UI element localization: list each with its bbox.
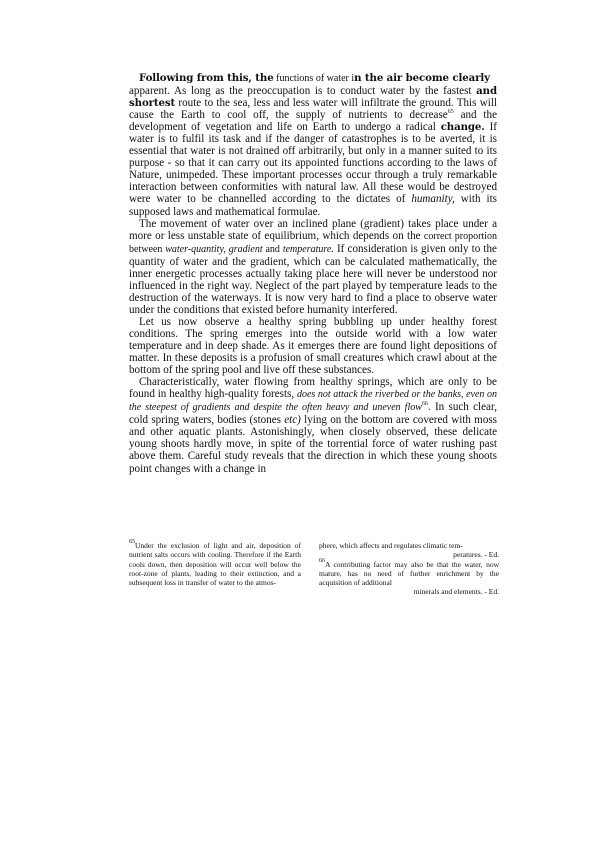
footnotes: 65Under the exclusion of light and air, … xyxy=(129,541,499,597)
bold-phrase: Following from this, the xyxy=(139,72,274,84)
italic-phrase: temperature. xyxy=(283,244,334,255)
body-text: Following from this, the functions of wa… xyxy=(129,72,497,475)
bold-phrase: n the air become clearly xyxy=(354,72,490,84)
italic-phrase: etc) xyxy=(284,414,301,426)
paragraph-1: Following from this, the functions of wa… xyxy=(129,72,497,218)
footnote-65-continued: phere, which affects and regulates clima… xyxy=(319,541,499,560)
bold-phrase: change. xyxy=(441,121,485,133)
footnote-66: 66A contributing factor may also be that… xyxy=(319,560,499,597)
italic-phrase: humanity, xyxy=(411,193,454,205)
paragraph-2: The movement of water over an inclined p… xyxy=(129,218,497,316)
paragraph-3: Let us now observe a healthy spring bubb… xyxy=(129,316,497,376)
footnote-65: 65Under the exclusion of light and air, … xyxy=(129,541,301,587)
document-page: Following from this, the functions of wa… xyxy=(0,0,595,842)
italic-phrase: water-quantity, gradient xyxy=(165,244,262,255)
footnote-column-right: phere, which affects and regulates clima… xyxy=(319,541,499,597)
paragraph-1-lead-line: Following from this, the functions of wa… xyxy=(129,72,497,85)
paragraph-4: Characteristically, water flowing from h… xyxy=(129,376,497,474)
footnote-column-left: 65Under the exclusion of light and air, … xyxy=(129,541,301,597)
